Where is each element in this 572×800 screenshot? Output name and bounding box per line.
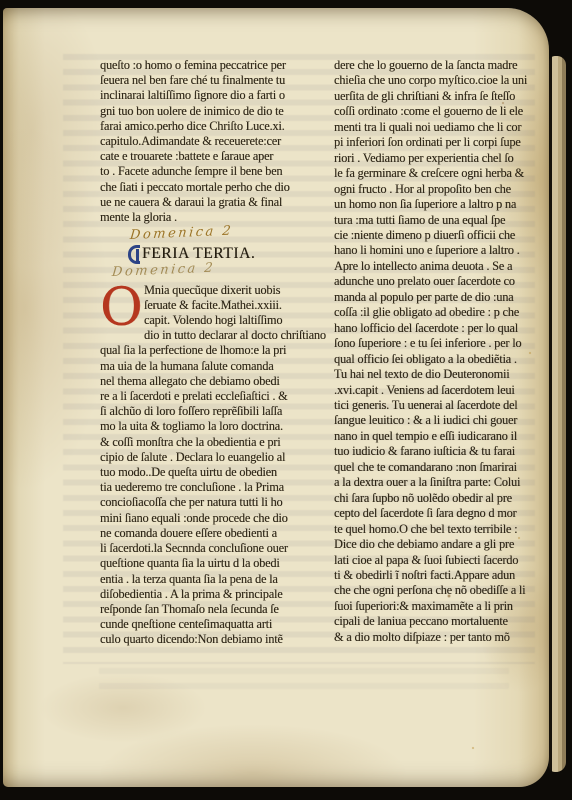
rubricated-initial-O: O: [100, 286, 140, 332]
paragraph-conclusion-previous-sermon: queſto :o homo o femina peccatrice per ſ…: [100, 58, 332, 225]
pilcrow-icon: [128, 245, 140, 264]
underlying-leaves-fore-edge: [549, 56, 566, 772]
book-page-scan: queſto :o homo o femina peccatrice per ſ…: [3, 8, 549, 787]
right-column-text: dere che lo gouerno de la ſancta madre c…: [334, 58, 562, 645]
opening-paragraph-continuation: dio in tutto declarar al docto chriſtian…: [100, 328, 332, 647]
sermon-opening-paragraph: O Mnia quecũque dixerit uobis ſeruate & …: [100, 283, 332, 648]
left-column: queſto :o homo o femina peccatrice per ſ…: [100, 58, 332, 648]
right-column: dere che lo gouerno de la ſancta madre c…: [334, 58, 562, 645]
verso-show-through-margin: [99, 668, 509, 694]
